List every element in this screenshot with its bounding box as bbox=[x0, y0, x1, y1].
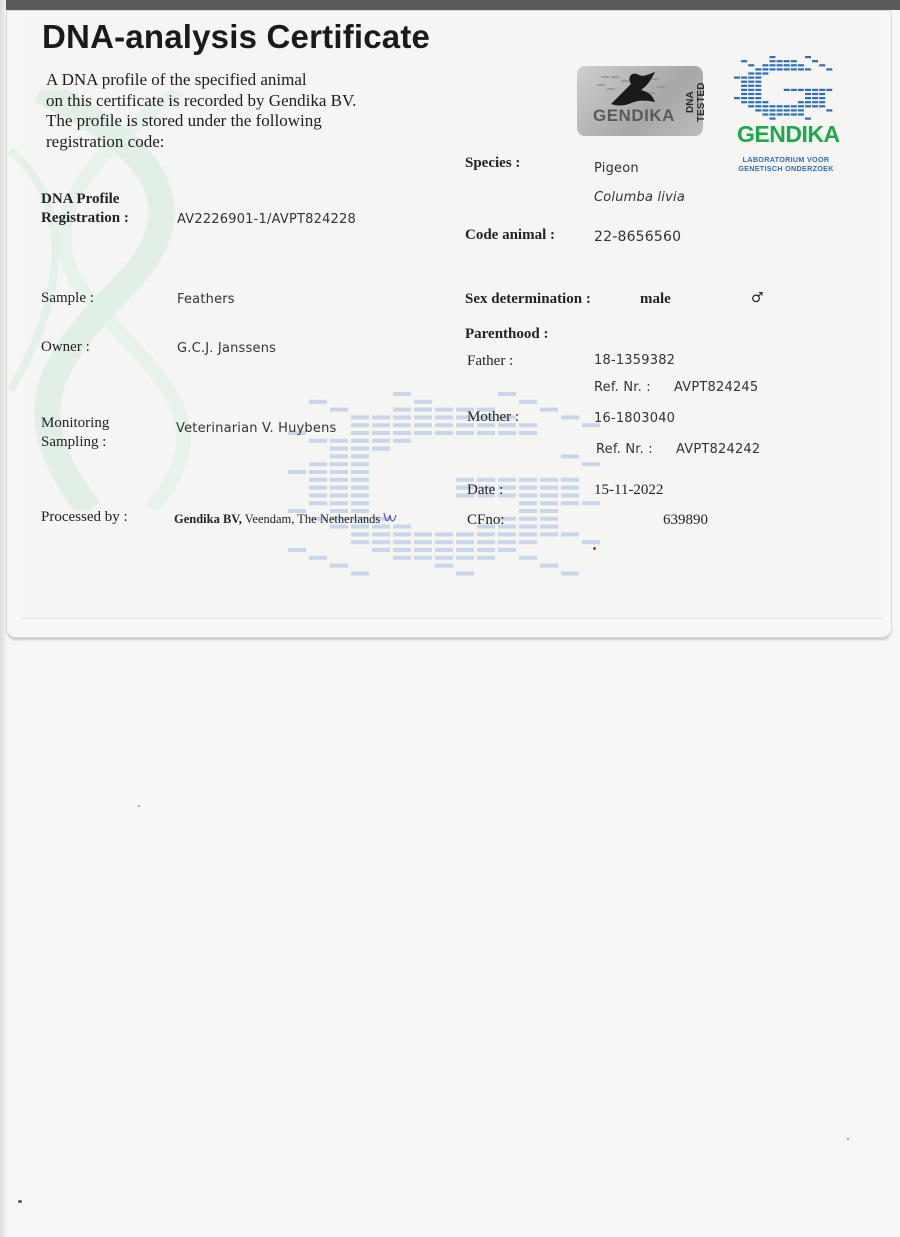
cfno-label: CFno: bbox=[467, 512, 505, 529]
intro-line: on this certificate is recorded by Gendi… bbox=[46, 91, 406, 112]
owner-label: Owner : bbox=[41, 339, 90, 356]
gendika-logo-icon bbox=[734, 56, 834, 122]
intro-text: A DNA profile of the specified animal on… bbox=[46, 70, 406, 152]
pigeon-icon bbox=[591, 70, 677, 110]
date-label: Date : bbox=[467, 482, 503, 499]
scan-top-edge bbox=[0, 0, 900, 10]
scan-speck bbox=[138, 805, 140, 807]
sex-value: male bbox=[640, 291, 671, 308]
monitoring-label: Monitoring Sampling : bbox=[41, 414, 109, 452]
label-line: DNA Profile bbox=[41, 190, 129, 209]
cfno-value: 639890 bbox=[663, 512, 708, 529]
label-line: Registration : bbox=[41, 209, 129, 228]
code-animal-value: 22-8656560 bbox=[594, 229, 681, 245]
father-value: 18-1359382 bbox=[594, 353, 675, 368]
processor-name: Gendika BV, bbox=[174, 512, 242, 526]
intro-line: A DNA profile of the specified animal bbox=[46, 70, 406, 91]
processor-location: Veendam, The Netherlands bbox=[242, 512, 380, 526]
sample-value: Feathers bbox=[177, 292, 235, 307]
label-line: Sampling : bbox=[41, 433, 109, 452]
mother-value: 16-1803040 bbox=[594, 411, 675, 426]
parenthood-label: Parenthood : bbox=[465, 326, 548, 343]
father-ref-value: AVPT824245 bbox=[674, 380, 758, 395]
monitoring-value: Veterinarian V. Huybens bbox=[176, 421, 337, 436]
mother-label: Mother : bbox=[467, 409, 519, 426]
logo-brand: GENDIKA bbox=[737, 121, 837, 148]
father-ref-label: Ref. Nr. : bbox=[594, 380, 651, 395]
certificate-title: DNA-analysis Certificate bbox=[42, 18, 430, 56]
intro-line: registration code: bbox=[46, 132, 406, 153]
date-value: 15-11-2022 bbox=[594, 482, 663, 499]
label-line: Monitoring bbox=[41, 414, 109, 433]
registration-label: DNA Profile Registration : bbox=[41, 190, 129, 228]
logo-subtitle-line: LABORATORIUM VOOR bbox=[732, 155, 840, 164]
intro-line: The profile is stored under the followin… bbox=[46, 111, 406, 132]
signature-icon bbox=[383, 511, 397, 525]
registration-value: AV2226901-1/AVPT824228 bbox=[177, 212, 356, 227]
mother-ref-label: Ref. Nr. : bbox=[596, 442, 653, 457]
processed-label: Processed by : bbox=[41, 509, 128, 526]
father-label: Father : bbox=[467, 353, 513, 370]
sample-label: Sample : bbox=[41, 290, 94, 307]
species-latin: Columba livia bbox=[594, 190, 685, 205]
male-symbol-icon: ♂ bbox=[751, 290, 764, 306]
scan-speck bbox=[593, 547, 596, 550]
logo-subtitle-line: GENETISCH ONDERZOEK bbox=[732, 164, 840, 173]
processed-value: Gendika BV, Veendam, The Netherlands bbox=[174, 511, 397, 527]
sex-label: Sex determination : bbox=[465, 291, 591, 308]
species-label: Species : bbox=[465, 155, 520, 172]
scan-speck bbox=[18, 1200, 22, 1203]
code-animal-label: Code animal : bbox=[465, 227, 555, 244]
scan-speck bbox=[847, 1138, 849, 1140]
dna-tested-seal: GENDIKA DNA TESTED bbox=[577, 66, 703, 136]
seal-brand: GENDIKA bbox=[593, 106, 675, 126]
owner-value: G.C.J. Janssens bbox=[177, 341, 276, 356]
species-common: Pigeon bbox=[594, 161, 639, 176]
mother-ref-value: AVPT824242 bbox=[676, 442, 760, 457]
logo-subtitle: LABORATORIUM VOOR GENETISCH ONDERZOEK bbox=[732, 155, 840, 173]
seal-caption: DNA TESTED bbox=[685, 72, 699, 132]
